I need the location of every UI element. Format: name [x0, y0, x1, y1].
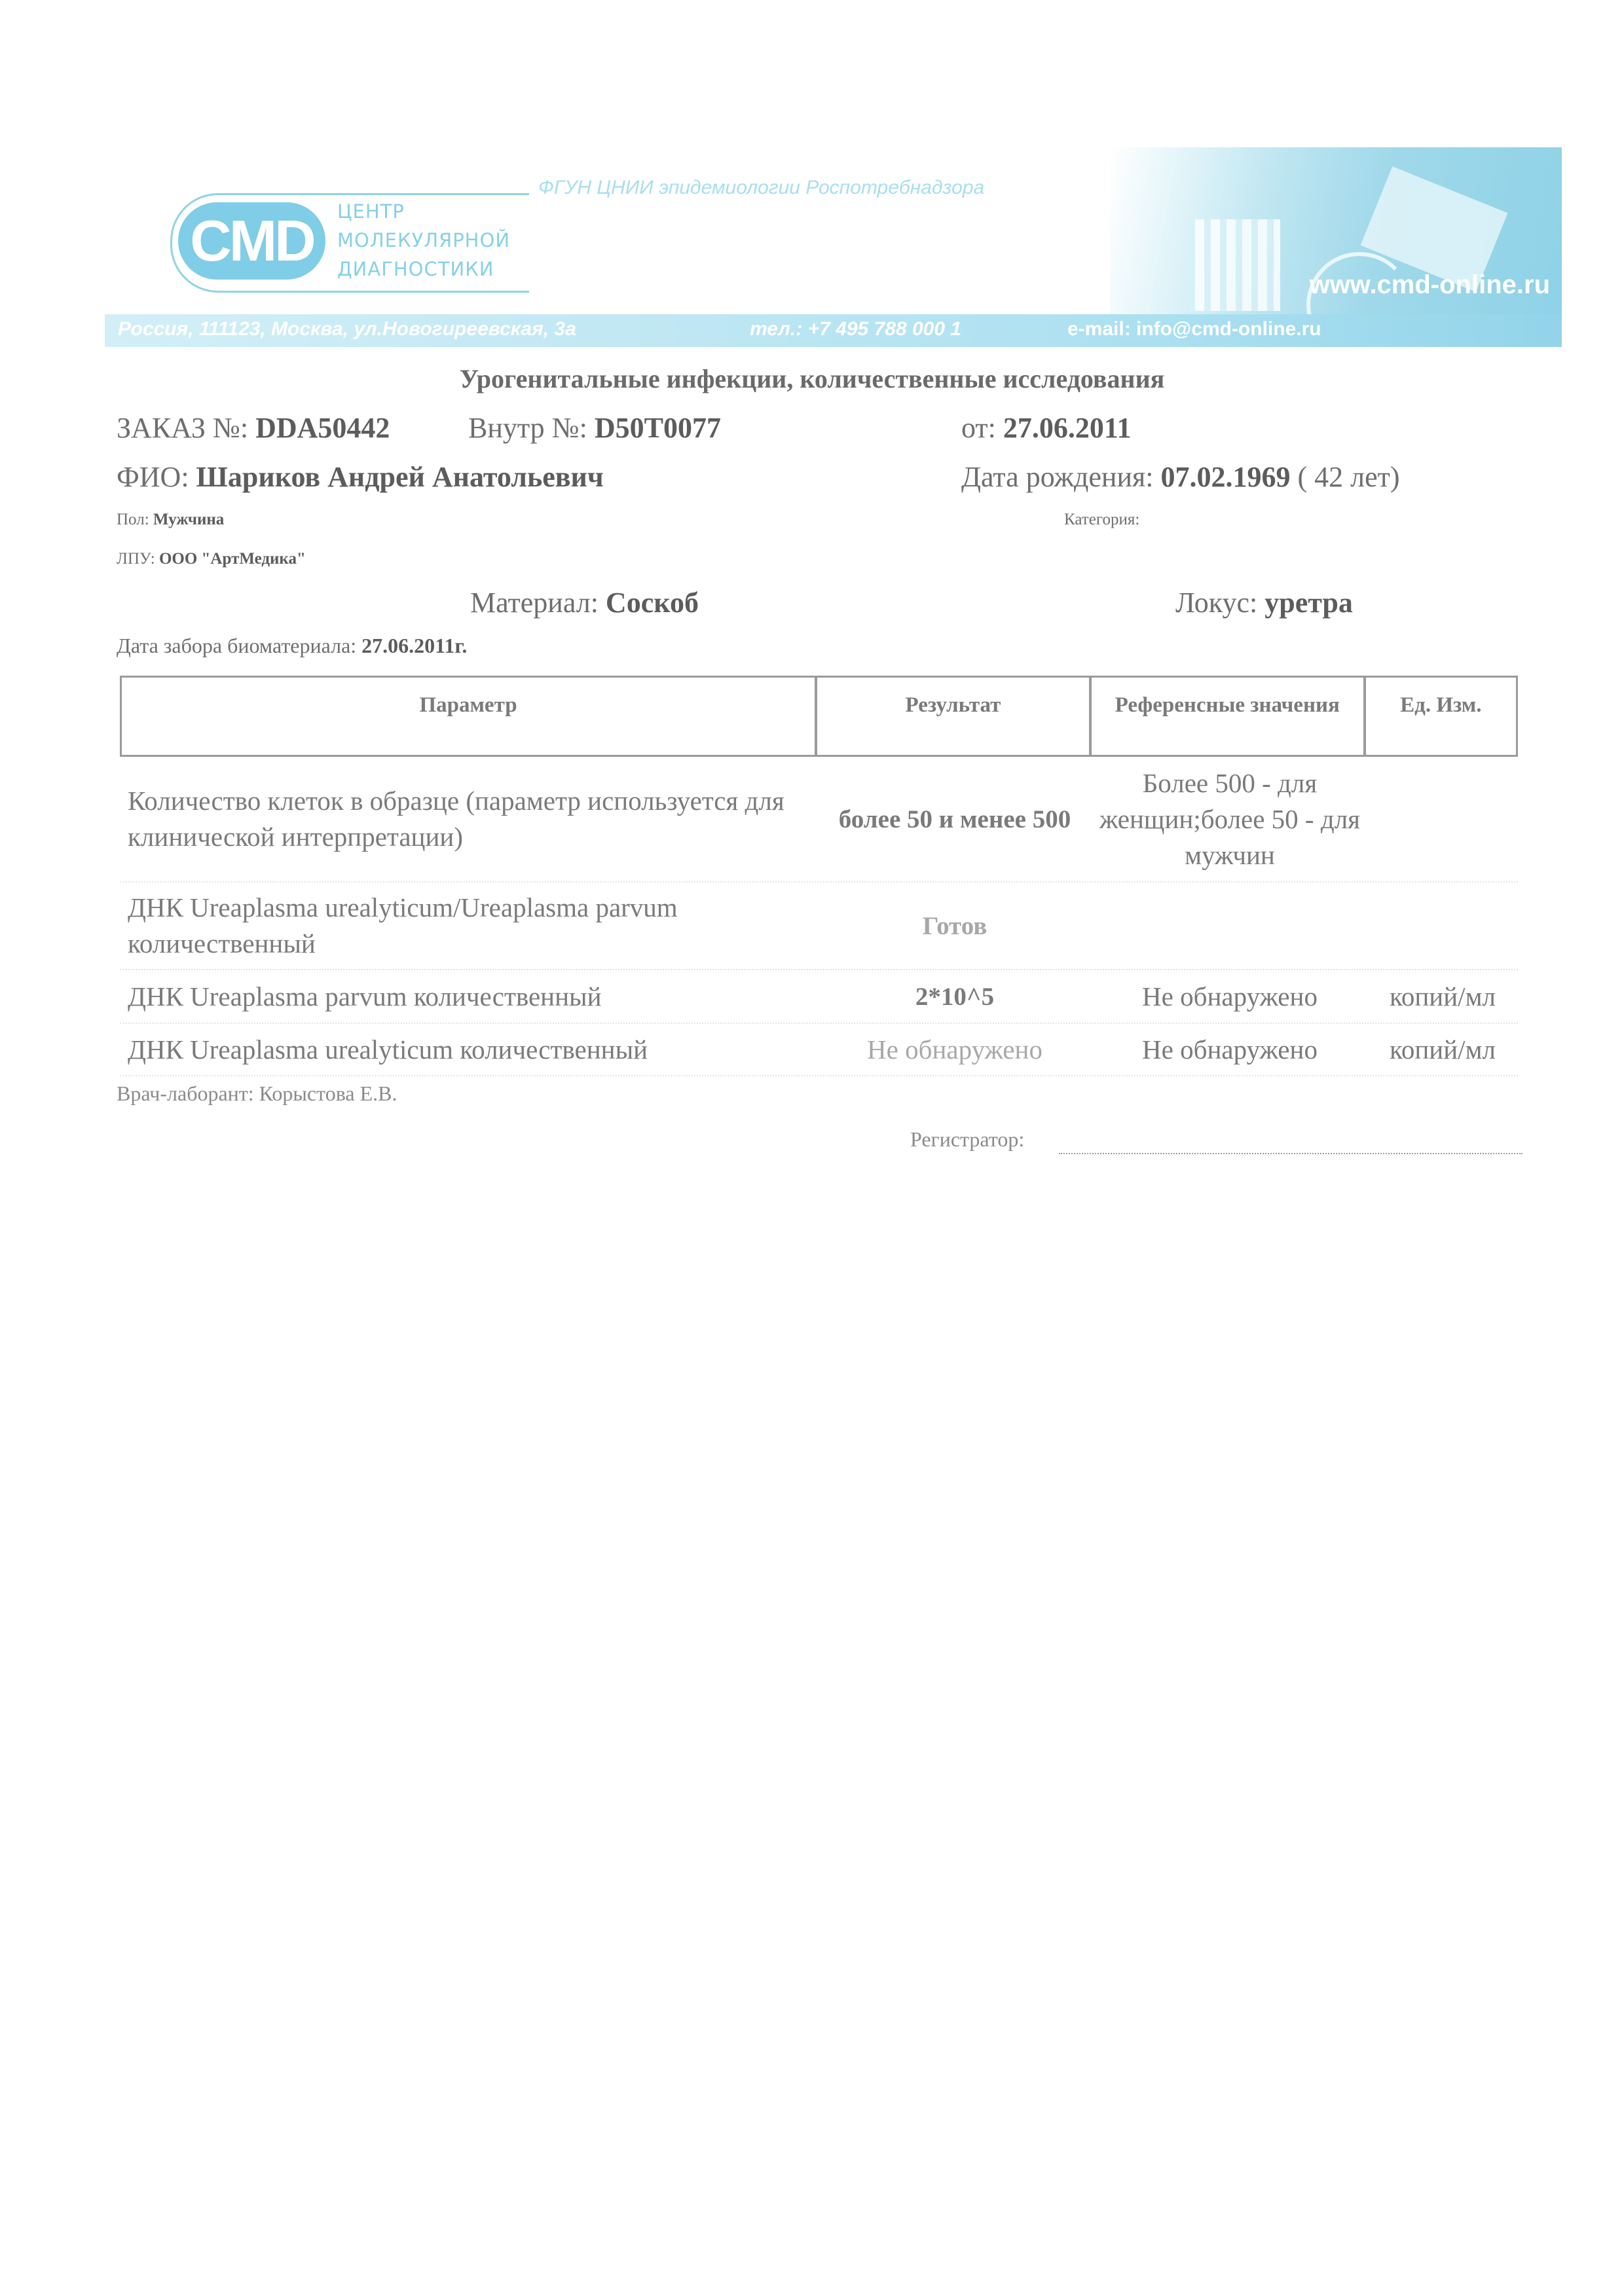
fio-value: Шариков Андрей Анатольевич — [196, 461, 604, 493]
cell-parameter: ДНК Ureaplasma urealyticum/Ureaplasma pa… — [120, 883, 817, 969]
table-row: ДНК Ureaplasma urealyticum/Ureaplasma pa… — [120, 883, 1518, 970]
order-date-value: 27.06.2011 — [1003, 412, 1132, 444]
sex-value: Мужчина — [153, 511, 224, 528]
order-value: DDA50442 — [255, 412, 390, 444]
letterhead-banner: www.cmd-online.ru CMD ЦЕНТР МОЛЕКУЛЯРНОЙ… — [105, 147, 1562, 347]
internal-number: Внутр №: D50T0077 — [468, 411, 721, 445]
column-header-result: Результат — [817, 678, 1092, 755]
doctor-label: Врач-лаборант: — [117, 1082, 254, 1105]
sampling-date: Дата забора биоматериала: 27.06.2011г. — [117, 634, 467, 658]
results-table: Параметр Результат Референсные значения … — [120, 676, 1518, 1076]
cell-reference: Не обнаружено — [1092, 1024, 1367, 1075]
doctor-value: Корыстова Е.В. — [259, 1082, 397, 1105]
locus-label: Локус: — [1175, 587, 1257, 619]
logo-text: ЦЕНТР МОЛЕКУЛЯРНОЙ ДИАГНОСТИКИ — [337, 197, 510, 283]
logo-line: ДИАГНОСТИКИ — [337, 255, 510, 283]
table-header: Параметр Результат Референсные значения … — [120, 676, 1518, 757]
sampling-value: 27.06.2011г. — [361, 634, 467, 657]
lab-doctor: Врач-лаборант: Корыстова Е.В. — [117, 1082, 397, 1106]
column-header-parameter: Параметр — [122, 678, 817, 755]
locus: Локус: уретра — [1175, 586, 1353, 619]
organization-name: ФГУН ЦНИИ эпидемиологии Роспотребнадзора — [538, 177, 984, 199]
cell-reference — [1092, 883, 1367, 969]
email: e-mail: info@cmd-online.ru — [1067, 318, 1321, 340]
birth-label: Дата рождения: — [961, 461, 1153, 493]
registrar-label: Регистратор: — [910, 1127, 1024, 1151]
birth-value: 07.02.1969 — [1160, 461, 1290, 493]
registrar: Регистратор: — [910, 1127, 1024, 1152]
cell-unit: копий/мл — [1367, 970, 1518, 1023]
patient-category: Категория: — [1064, 511, 1139, 529]
registrar-signature-line — [1059, 1153, 1522, 1154]
material: Материал: Соскоб — [470, 586, 699, 619]
cell-parameter: Количество клеток в образце (параметр ис… — [120, 757, 817, 881]
cell-result: Не обнаружено — [817, 1024, 1092, 1075]
material-label: Материал: — [470, 587, 599, 619]
logo-line: ЦЕНТР — [337, 197, 510, 226]
clinic: ЛПУ: ООО "АртМедика" — [117, 550, 306, 568]
sampling-label: Дата забора биоматериала: — [117, 634, 356, 657]
birth-date: Дата рождения: 07.02.1969 ( 42 лет) — [961, 460, 1400, 494]
table-row: ДНК Ureaplasma urealyticum количественны… — [120, 1024, 1518, 1076]
table-row: ДНК Ureaplasma parvum количественный 2*1… — [120, 970, 1518, 1024]
order-number: ЗАКАЗ №: DDA50442 — [117, 411, 390, 445]
cell-parameter: ДНК Ureaplasma parvum количественный — [120, 970, 817, 1023]
cell-unit: копий/мл — [1367, 1024, 1518, 1075]
age-text: ( 42 лет) — [1297, 461, 1399, 493]
column-header-reference: Референсные значения — [1092, 678, 1366, 755]
phone: тел.: +7 495 788 000 1 — [750, 318, 961, 340]
order-date: от: 27.06.2011 — [961, 411, 1131, 445]
patient-name: ФИО: Шариков Андрей Анатольевич — [117, 460, 604, 494]
cell-parameter: ДНК Ureaplasma urealyticum количественны… — [120, 1024, 817, 1075]
order-date-label: от: — [961, 412, 996, 444]
cell-result: более 50 и менее 500 — [817, 757, 1092, 881]
internal-value: D50T0077 — [595, 412, 721, 444]
document-title: Урогенитальные инфекции, количественные … — [0, 363, 1624, 394]
test-tubes-graphic — [1189, 219, 1280, 311]
column-header-unit: Ед. Изм. — [1366, 678, 1516, 755]
lpu-value: ООО "АртМедика" — [159, 550, 306, 568]
cell-reference: Более 500 - для женщин;более 50 - для му… — [1092, 757, 1367, 881]
patient-sex: Пол: Мужчина — [117, 511, 224, 529]
cell-result: 2*10^5 — [817, 970, 1092, 1023]
lpu-label: ЛПУ: — [117, 550, 155, 568]
website-text: www.cmd-online.ru — [1310, 270, 1550, 300]
logo-abbr: CMD — [190, 208, 313, 274]
internal-label: Внутр №: — [468, 412, 587, 444]
address: Россия, 111123, Москва, ул.Новогиреевска… — [118, 318, 576, 340]
sex-label: Пол: — [117, 511, 149, 528]
lab-photo-image: www.cmd-online.ru — [1110, 147, 1562, 314]
cell-reference: Не обнаружено — [1092, 970, 1367, 1023]
table-row: Количество клеток в образце (параметр ис… — [120, 757, 1518, 883]
logo-line: МОЛЕКУЛЯРНОЙ — [337, 226, 510, 255]
cmd-logo-icon: CMD — [178, 202, 325, 280]
material-value: Соскоб — [606, 587, 699, 619]
category-label: Категория: — [1064, 511, 1139, 528]
cell-result: Готов — [817, 883, 1092, 969]
locus-value: уретра — [1264, 587, 1353, 619]
cell-unit — [1367, 757, 1518, 881]
order-label: ЗАКАЗ №: — [117, 412, 248, 444]
contact-strip: Россия, 111123, Москва, ул.Новогиреевска… — [105, 314, 1562, 347]
fio-label: ФИО: — [117, 461, 189, 493]
cell-unit — [1367, 883, 1518, 969]
